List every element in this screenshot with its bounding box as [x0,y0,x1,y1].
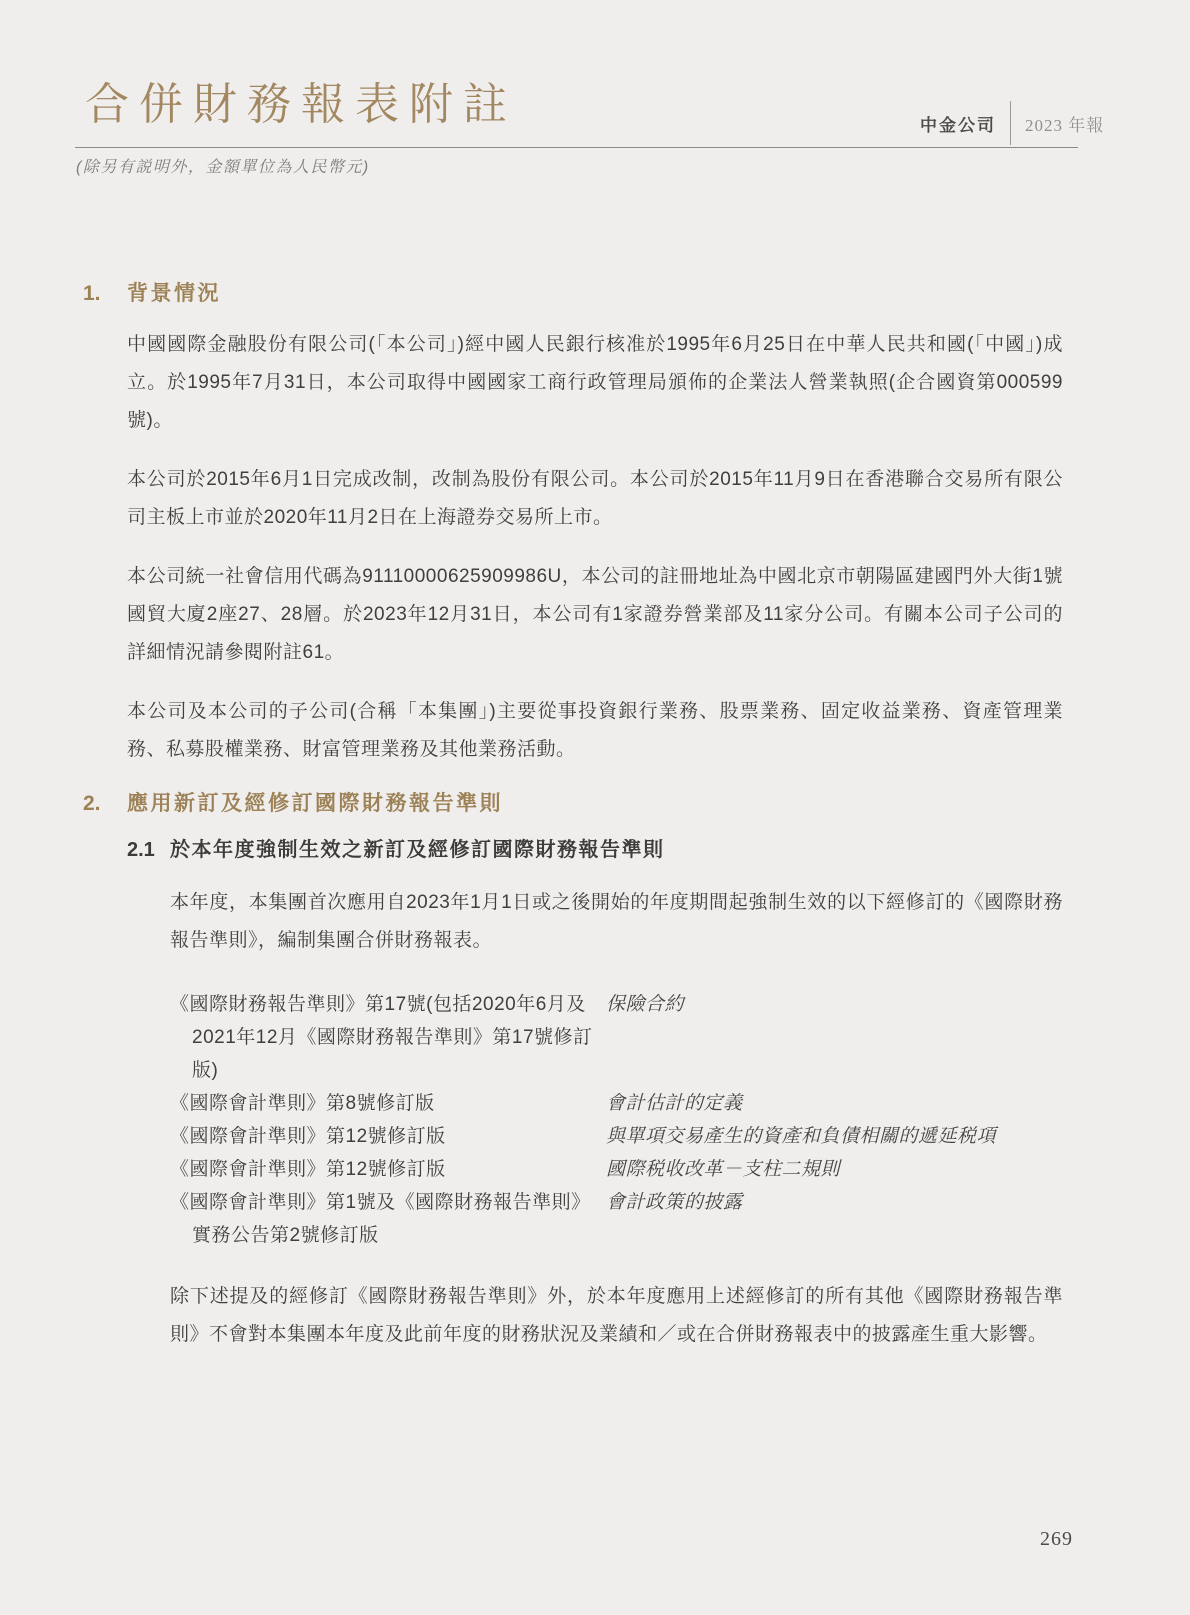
standard-subject: 國際税收改革－支柱二規則 [606,1153,1063,1186]
section-heading: 應用新訂及經修訂國際財務報告準則 [127,787,503,817]
currency-note: (除另有説明外，金額單位為人民幣元) [76,154,370,177]
standard-name-line: 實務公告第2號修訂版 [170,1219,606,1252]
standards-row: 《國際財務報告準則》第17號(包括2020年6月及 2021年12月《國際財務報… [170,988,1063,1087]
header-rule [75,147,1078,148]
standard-subject: 保險合約 [606,988,1063,1021]
standard-subject: 與單項交易產生的資產和負債相關的遞延税項 [606,1120,1063,1153]
header-divider [1010,101,1011,145]
standard-name-line: 《國際財務報告準則》第17號(包括2020年6月及 [170,988,606,1021]
section-number: 1. [83,282,127,306]
standard-subject: 會計政策的披露 [606,1186,1063,1219]
standard-name-line: 《國際會計準則》第8號修訂版 [170,1087,606,1120]
document-page: 合併財務報表附註 中金公司 2023 年報 (除另有説明外，金額單位為人民幣元)… [0,0,1190,1615]
standard-subject: 會計估計的定義 [606,1087,1063,1120]
report-year: 2023 年報 [1025,111,1104,136]
paragraph-registration: 本公司統一社會信用代碼為91110000625909986U，本公司的註冊地址為… [127,558,1063,672]
subsection-heading: 於本年度強制生效之新訂及經修訂國際財務報告準則 [170,833,665,862]
paragraph-business-scope: 本公司及本公司的子公司(合稱「本集團」)主要從事投資銀行業務、股票業務、固定收益… [127,693,1063,769]
header-brand: 中金公司 2023 年報 [920,101,1104,145]
standard-name: 《國際會計準則》第8號修訂版 [170,1087,606,1120]
section-new-standards: 2. 應用新訂及經修訂國際財務報告準則 2.1 於本年度強制生效之新訂及經修訂國… [83,787,1065,1354]
subsection-2-1-heading-row: 2.1 於本年度強制生效之新訂及經修訂國際財務報告準則 [127,833,1065,862]
section-2-heading-row: 2. 應用新訂及經修訂國際財務報告準則 [83,787,1065,817]
standard-name: 《國際會計準則》第12號修訂版 [170,1153,606,1186]
standard-name-line: 《國際會計準則》第12號修訂版 [170,1153,606,1186]
paragraph-standards-intro: 本年度，本集團首次應用自2023年1月1日或之後開始的年度期間起強制生效的以下經… [170,884,1063,960]
standards-row: 《國際會計準則》第1號及《國際財務報告準則》 實務公告第2號修訂版 會計政策的披… [170,1186,1063,1252]
standards-row: 《國際會計準則》第8號修訂版 會計估計的定義 [170,1087,1063,1120]
company-name: 中金公司 [920,111,996,136]
paragraph-restructuring: 本公司於2015年6月1日完成改制，改制為股份有限公司。本公司於2015年11月… [127,461,1063,537]
paragraph-standards-outro: 除下述提及的經修訂《國際財務報告準則》外，於本年度應用上述經修訂的所有其他《國際… [170,1278,1063,1354]
standard-name-line: 《國際會計準則》第12號修訂版 [170,1120,606,1153]
page-title: 合併財務報表附註 [85,68,517,132]
paragraph-incorporation: 中國國際金融股份有限公司(「本公司」)經中國人民銀行核准於1995年6月25日在… [127,326,1063,440]
standards-row: 《國際會計準則》第12號修訂版 與單項交易產生的資產和負債相關的遞延税項 [170,1120,1063,1153]
subsection-number: 2.1 [127,839,170,862]
standard-name: 《國際財務報告準則》第17號(包括2020年6月及 2021年12月《國際財務報… [170,988,606,1087]
standards-row: 《國際會計準則》第12號修訂版 國際税收改革－支柱二規則 [170,1153,1063,1186]
standard-name-line: 2021年12月《國際財務報告準則》第17號修訂版) [170,1021,606,1087]
document-body: 1. 背景情況 中國國際金融股份有限公司(「本公司」)經中國人民銀行核准於199… [83,277,1065,1354]
section-1-heading-row: 1. 背景情況 [83,277,1065,307]
standard-name-line: 《國際會計準則》第1號及《國際財務報告準則》 [170,1186,606,1219]
standard-name: 《國際會計準則》第1號及《國際財務報告準則》 實務公告第2號修訂版 [170,1186,606,1252]
standard-name: 《國際會計準則》第12號修訂版 [170,1120,606,1153]
section-background: 1. 背景情況 中國國際金融股份有限公司(「本公司」)經中國人民銀行核准於199… [83,277,1065,769]
standards-table: 《國際財務報告準則》第17號(包括2020年6月及 2021年12月《國際財務報… [170,988,1063,1252]
section-number: 2. [83,792,127,816]
page-number: 269 [1040,1528,1073,1551]
section-heading: 背景情況 [127,277,221,307]
